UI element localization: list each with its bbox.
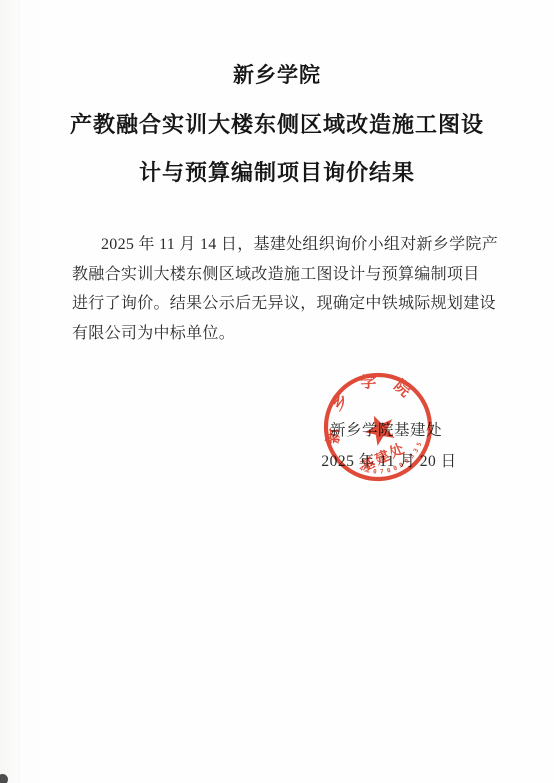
document-page: 新乡学院 产教融合实训大楼东侧区域改造施工图设 计与预算编制项目询价结果 202… <box>0 0 554 783</box>
body-line: 2025 年 11 月 14 日，基建处组织询价小组对新乡学院产 <box>72 230 492 260</box>
body-line: 有限公司为中标单位。 <box>72 319 492 349</box>
body-line: 教融合实训大楼东侧区域改造施工图设计与预算编制项目 <box>72 260 492 290</box>
body-paragraph: 2025 年 11 月 14 日，基建处组织询价小组对新乡学院产 教融合实训大楼… <box>72 230 492 348</box>
org-title: 新乡学院 <box>0 59 554 89</box>
doc-title-line-1: 产教融合实训大楼东侧区域改造施工图设 <box>0 108 554 139</box>
scan-corner-speck <box>0 774 8 783</box>
seal-arc-text: 新乡学院 <box>308 357 429 451</box>
doc-title-line-2: 计与预算编制项目询价结果 <box>0 156 554 187</box>
official-seal-stamp: 新乡学院 基建处 41070000335 <box>308 357 448 497</box>
body-line: 进行了询价。结果公示后无异议，现确定中铁城际规划建设 <box>72 289 492 319</box>
